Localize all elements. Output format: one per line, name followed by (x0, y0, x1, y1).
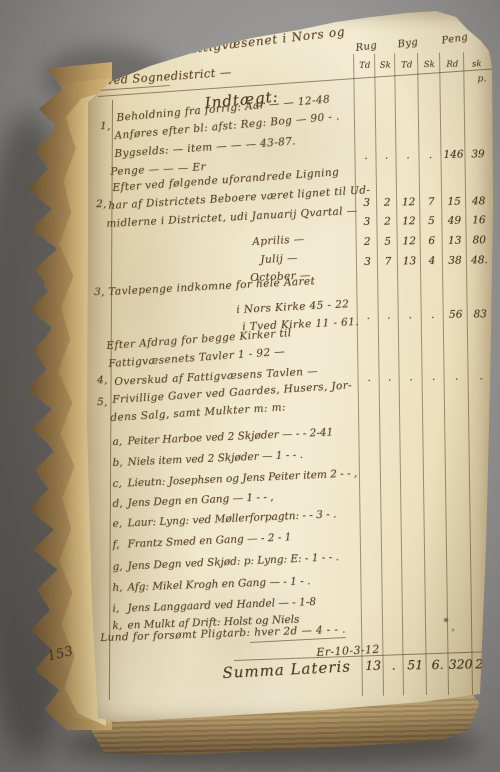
figure-cell: . (383, 657, 403, 672)
figure-cell: 12 (397, 196, 420, 208)
figure-cell: 80 (467, 234, 492, 246)
margin-number-3: 3, (94, 286, 105, 298)
figures-row-aprilis: 3 2 12 5 49 16 (356, 214, 491, 228)
item-letter: e, (112, 517, 128, 530)
ledger-page: Regnskab for Aaret 1812 over Indtægt og … (84, 6, 494, 722)
figures-row-october: 3 7 13 4 38 48. (357, 254, 492, 268)
column-subheader: Td (354, 61, 375, 71)
figure-cell: 13 (398, 255, 421, 267)
column-header-byg: Byg (397, 37, 419, 51)
figure-cell: 7 (378, 255, 398, 267)
margin-number-5: 5, (97, 396, 108, 408)
item-letter: b, (112, 456, 128, 469)
figure-cell: . (468, 370, 493, 382)
quarter-julij: Julij — (260, 252, 298, 266)
figure-cell: . (419, 149, 441, 161)
item-text: Peiter Harboe ved 2 Skjøder — - - 2-41 (127, 426, 333, 447)
ledger-columns: Rug Byg Peng Td Sk Td Sk Rd sk p. . . . … (353, 48, 499, 706)
column-subheaders: Td Sk Td Sk Rd sk (354, 59, 489, 71)
margin-number-1: 1, (100, 120, 111, 132)
item-letter: f, (112, 538, 128, 551)
column-subheader: Sk (375, 60, 395, 70)
figure-cell: 146 (441, 148, 465, 160)
column-subheader: Rd (440, 59, 464, 69)
ledger-photograph: Regnskab for Aaret 1812 over Indtægt og … (0, 0, 500, 772)
figure-cell: 2 (377, 196, 397, 208)
figure-cell: 48. (467, 254, 492, 266)
item-letter: h, (112, 581, 127, 594)
figure-cell: . (422, 371, 444, 383)
figure-cell: . (379, 309, 399, 321)
figures-row-summa: 13 . 51 6. 320 26. (362, 656, 497, 673)
quarter-aprilis: Aprilis — (252, 233, 305, 248)
entry-line: dens Salg, samt Mulkter m: m: (110, 401, 286, 424)
figure-cell: . (396, 149, 419, 161)
figure-cell: 2 (377, 215, 397, 227)
figures-row-julij: 2 5 12 6 13 80 (357, 234, 492, 248)
figures-row-januarij: 3 2 12 7 15 48 (356, 195, 491, 209)
figure-cell: 83 (468, 308, 493, 320)
figure-cell: . (422, 309, 444, 321)
figure-cell: 3 (356, 216, 377, 228)
figure-cell: 48 (466, 195, 491, 207)
column-header-corner: p. (477, 74, 487, 84)
figure-cell: . (358, 372, 379, 384)
column-subheader: Td (395, 60, 418, 70)
figure-cell: . (444, 370, 468, 382)
figure-cell: 15 (442, 195, 466, 207)
summa-lateris-label: Summa Lateris (222, 657, 351, 682)
figure-cell: . (376, 149, 396, 161)
figure-cell: 12 (397, 215, 420, 227)
figure-cell: . (399, 371, 422, 383)
margin-number-4: 4, (97, 374, 108, 386)
figure-cell: 5 (420, 215, 442, 227)
figure-cell: 2 (357, 236, 378, 248)
figures-row-balance: . . . . 146 39 (355, 148, 490, 162)
figure-cell: 5 (378, 235, 398, 247)
item-text: Laur: Lyng: ved Møllerforpagtn: - - 3 - … (127, 508, 336, 529)
margin-number-2: 2, (96, 198, 107, 210)
figures-row-overskud: . . . . . . (358, 370, 493, 384)
figure-cell: 38 (443, 254, 467, 266)
item-letter: c, (112, 477, 128, 490)
figure-cell: 6 (421, 235, 443, 247)
figure-cell: 4 (421, 255, 443, 267)
item-letter: a, (112, 435, 128, 448)
figure-cell: 51 (403, 657, 426, 672)
figure-cell: 13 (362, 658, 383, 673)
figure-cell: 39 (465, 148, 490, 160)
entry-line: Tavlepenge indkomne for hele Aaret (108, 275, 315, 298)
figure-cell: 12 (398, 235, 421, 247)
figure-cell: . (355, 150, 376, 162)
figure-cell: 3 (356, 197, 377, 209)
figure-cell: . (358, 310, 379, 322)
figure-cell: . (379, 371, 399, 383)
figure-cell: 49 (442, 214, 466, 226)
item-letter: g, (112, 560, 128, 573)
figure-cell: 56 (444, 308, 468, 320)
figure-cell: 13 (443, 234, 467, 246)
column-subheader: sk (464, 59, 489, 69)
column-header-rug: Rug (355, 40, 378, 54)
figure-cell: 3 (357, 256, 378, 268)
figure-cell: 7 (420, 196, 442, 208)
figure-cell: 320 (448, 656, 472, 671)
figure-cell: 16 (466, 214, 491, 226)
figure-cell: 26. (472, 656, 497, 671)
item-letter: d, (112, 497, 128, 510)
figures-row-tavlepenge: . . . . 56 83 (358, 308, 493, 322)
entry-line: i Nors Kirke 45 - 22 (236, 298, 350, 316)
column-subheader: Sk (418, 60, 440, 70)
figure-cell: 6. (426, 657, 448, 672)
column-header-peng: Peng (441, 32, 469, 47)
figure-cell: . (399, 309, 422, 321)
